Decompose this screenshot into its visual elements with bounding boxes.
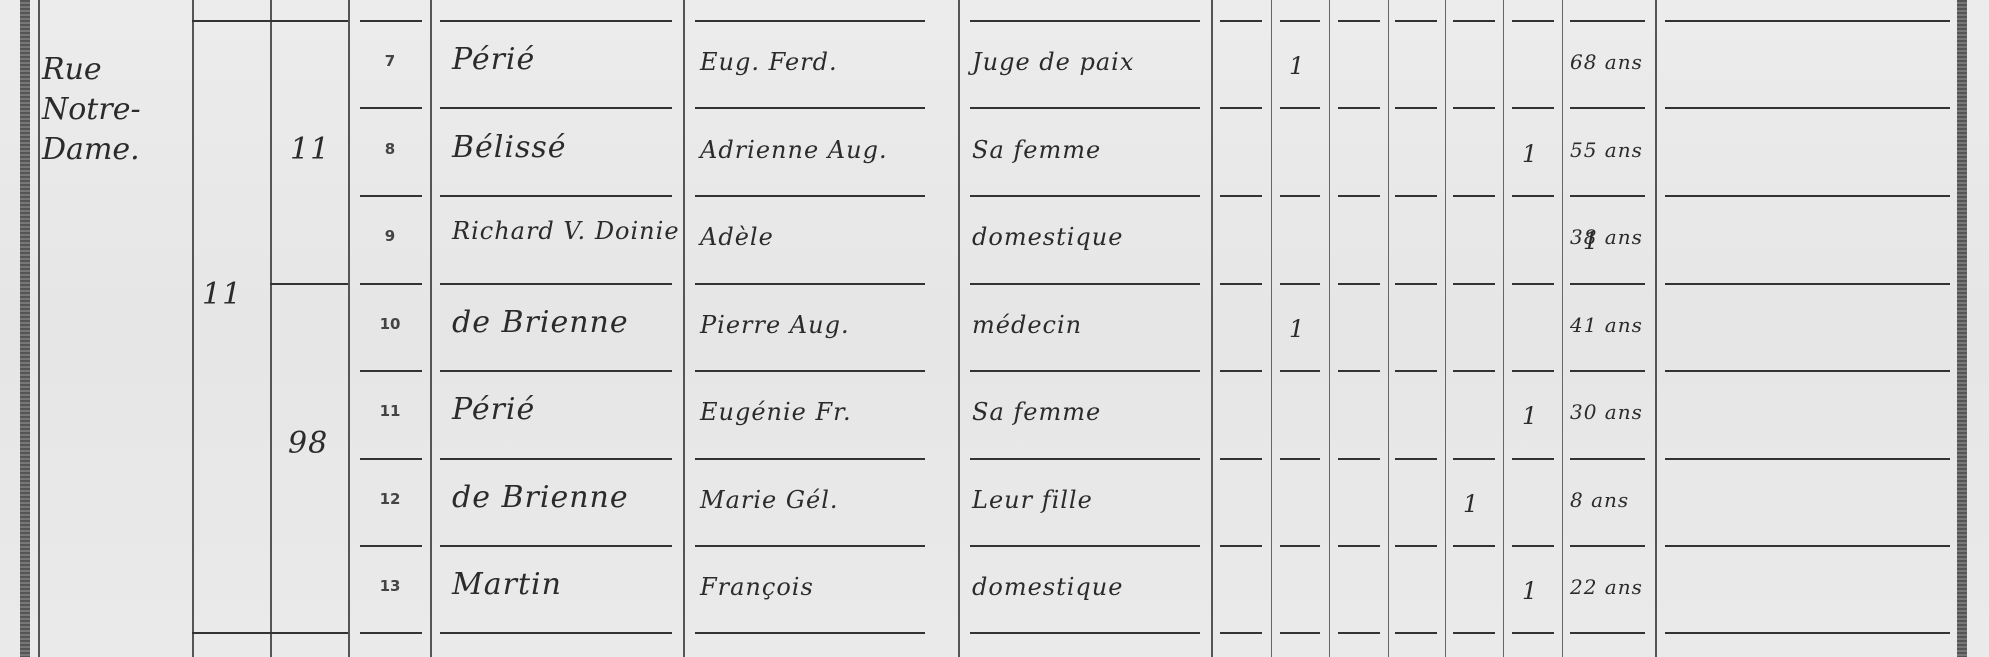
street-line: Dame. bbox=[42, 130, 141, 170]
row-rule bbox=[1570, 458, 1645, 460]
column-rule bbox=[958, 0, 960, 657]
row-rule bbox=[970, 20, 1200, 22]
given-name: Eug. Ferd. bbox=[700, 48, 838, 76]
row-rule bbox=[1665, 458, 1950, 460]
row-rule bbox=[970, 283, 1200, 285]
role: domestique bbox=[972, 223, 1123, 251]
row-rule bbox=[695, 545, 925, 547]
street-name: Rue Notre- Dame. bbox=[42, 50, 141, 170]
row-rule bbox=[1570, 370, 1645, 372]
row-rule bbox=[1453, 458, 1495, 460]
row-number: 13 bbox=[362, 577, 418, 595]
row-rule bbox=[1220, 632, 1262, 634]
block-rule bbox=[192, 20, 348, 22]
column-rule bbox=[1562, 0, 1563, 657]
age: 8 ans bbox=[1570, 488, 1629, 512]
tally-mark: 1 bbox=[1289, 315, 1305, 343]
role: Leur fille bbox=[972, 486, 1093, 514]
surname: Richard V. Doinie bbox=[452, 217, 680, 245]
row-number: 7 bbox=[362, 52, 418, 70]
surname: Périé bbox=[452, 392, 535, 427]
row-rule bbox=[440, 107, 672, 109]
column-rule bbox=[430, 0, 432, 657]
row-rule bbox=[1665, 20, 1950, 22]
row-rule bbox=[1338, 632, 1380, 634]
role: Sa femme bbox=[972, 398, 1101, 426]
surname: Périé bbox=[452, 42, 535, 77]
row-rule bbox=[360, 107, 422, 109]
row-rule bbox=[1512, 195, 1554, 197]
role: Juge de paix bbox=[972, 48, 1134, 76]
row-rule bbox=[695, 20, 925, 22]
row-rule bbox=[695, 370, 925, 372]
row-rule bbox=[1665, 370, 1950, 372]
surname: Martin bbox=[452, 567, 562, 602]
row-rule bbox=[1280, 545, 1320, 547]
row-rule bbox=[1665, 283, 1950, 285]
right-page-border bbox=[1957, 0, 1967, 657]
row-rule bbox=[360, 458, 422, 460]
row-number: 10 bbox=[362, 315, 418, 333]
row-rule bbox=[1512, 458, 1554, 460]
role: médecin bbox=[972, 311, 1082, 339]
surname: de Brienne bbox=[452, 305, 629, 340]
row-rule bbox=[1395, 545, 1437, 547]
row-rule bbox=[1395, 20, 1437, 22]
row-rule bbox=[1570, 632, 1645, 634]
row-rule bbox=[440, 545, 672, 547]
house-number: 11 bbox=[290, 132, 330, 167]
row-rule bbox=[1395, 458, 1437, 460]
row-rule bbox=[695, 458, 925, 460]
row-rule bbox=[1280, 195, 1320, 197]
row-rule bbox=[1280, 632, 1320, 634]
row-rule bbox=[1338, 20, 1380, 22]
row-rule bbox=[440, 632, 672, 634]
row-rule bbox=[1338, 107, 1380, 109]
row-rule bbox=[970, 632, 1200, 634]
street-line: Notre- bbox=[42, 90, 141, 130]
column-rule bbox=[270, 0, 272, 657]
row-rule bbox=[360, 20, 422, 22]
row-rule bbox=[1665, 195, 1950, 197]
row-rule bbox=[695, 195, 925, 197]
block-rule bbox=[192, 632, 348, 634]
age: 38 ans bbox=[1570, 225, 1643, 249]
row-rule bbox=[1280, 20, 1320, 22]
tally-mark: 1 bbox=[1522, 140, 1538, 168]
age: 68 ans bbox=[1570, 50, 1643, 74]
tally-mark: 1 bbox=[1522, 402, 1538, 430]
row-rule bbox=[1665, 107, 1950, 109]
street-line: Rue bbox=[42, 50, 141, 90]
row-rule bbox=[360, 283, 422, 285]
given-name: François bbox=[700, 573, 814, 601]
section-number: 11 bbox=[202, 277, 242, 312]
census-page: Rue Notre- Dame. 11 11 98 7PériéEug. Fer… bbox=[0, 0, 1989, 657]
row-rule bbox=[1453, 283, 1495, 285]
row-rule bbox=[1280, 107, 1320, 109]
row-rule bbox=[360, 195, 422, 197]
role: Sa femme bbox=[972, 136, 1101, 164]
column-rule bbox=[38, 0, 40, 657]
row-rule bbox=[1512, 370, 1554, 372]
row-rule bbox=[1453, 545, 1495, 547]
row-number: 11 bbox=[362, 402, 418, 420]
row-rule bbox=[1338, 283, 1380, 285]
house-number: 98 bbox=[288, 426, 328, 461]
row-rule bbox=[1220, 458, 1262, 460]
role: domestique bbox=[972, 573, 1123, 601]
row-rule bbox=[1570, 107, 1645, 109]
row-rule bbox=[1220, 107, 1262, 109]
row-rule bbox=[695, 107, 925, 109]
row-rule bbox=[1570, 545, 1645, 547]
row-rule bbox=[1453, 370, 1495, 372]
row-number: 8 bbox=[362, 140, 418, 158]
column-rule bbox=[1388, 0, 1389, 657]
row-rule bbox=[970, 458, 1200, 460]
row-rule bbox=[1395, 370, 1437, 372]
row-rule bbox=[1395, 107, 1437, 109]
row-rule bbox=[1338, 370, 1380, 372]
column-rule bbox=[1329, 0, 1330, 657]
block-rule bbox=[270, 283, 348, 285]
row-rule bbox=[1395, 195, 1437, 197]
row-rule bbox=[1453, 107, 1495, 109]
row-rule bbox=[440, 283, 672, 285]
row-rule bbox=[1220, 545, 1262, 547]
given-name: Pierre Aug. bbox=[700, 311, 850, 339]
surname: de Brienne bbox=[452, 480, 629, 515]
column-rule bbox=[1271, 0, 1272, 657]
row-rule bbox=[1338, 195, 1380, 197]
row-number: 9 bbox=[362, 227, 418, 245]
row-rule bbox=[1280, 370, 1320, 372]
column-rule bbox=[1211, 0, 1213, 657]
row-rule bbox=[1220, 20, 1262, 22]
row-rule bbox=[1570, 283, 1645, 285]
column-rule bbox=[348, 0, 350, 657]
row-rule bbox=[1395, 283, 1437, 285]
row-rule bbox=[1512, 283, 1554, 285]
row-rule bbox=[970, 107, 1200, 109]
column-rule bbox=[1445, 0, 1446, 657]
column-rule bbox=[683, 0, 685, 657]
row-rule bbox=[440, 20, 672, 22]
row-rule bbox=[695, 632, 925, 634]
row-rule bbox=[1280, 283, 1320, 285]
row-rule bbox=[1512, 107, 1554, 109]
age: 30 ans bbox=[1570, 400, 1643, 424]
row-rule bbox=[1512, 632, 1554, 634]
row-rule bbox=[360, 370, 422, 372]
left-page-border bbox=[20, 0, 30, 657]
tally-mark: 1 bbox=[1463, 490, 1479, 518]
row-rule bbox=[1220, 370, 1262, 372]
row-rule bbox=[1665, 545, 1950, 547]
row-rule bbox=[440, 458, 672, 460]
row-rule bbox=[1280, 458, 1320, 460]
row-rule bbox=[1453, 20, 1495, 22]
given-name: Adèle bbox=[700, 223, 774, 251]
row-rule bbox=[1395, 632, 1437, 634]
row-rule bbox=[440, 195, 672, 197]
row-rule bbox=[1512, 20, 1554, 22]
surname: Bélissé bbox=[452, 130, 567, 165]
column-rule bbox=[192, 0, 194, 657]
row-rule bbox=[970, 195, 1200, 197]
age: 41 ans bbox=[1570, 313, 1643, 337]
row-rule bbox=[970, 545, 1200, 547]
row-rule bbox=[1338, 458, 1380, 460]
row-rule bbox=[1453, 195, 1495, 197]
row-rule bbox=[1338, 545, 1380, 547]
given-name: Marie Gél. bbox=[700, 486, 839, 514]
row-rule bbox=[970, 370, 1200, 372]
tally-mark: 1 bbox=[1289, 52, 1305, 80]
row-rule bbox=[695, 283, 925, 285]
age: 55 ans bbox=[1570, 138, 1643, 162]
row-rule bbox=[1220, 195, 1262, 197]
given-name: Eugénie Fr. bbox=[700, 398, 852, 426]
tally-mark: 1 bbox=[1522, 577, 1538, 605]
row-rule bbox=[1220, 283, 1262, 285]
column-rule bbox=[1655, 0, 1657, 657]
row-rule bbox=[1453, 632, 1495, 634]
row-rule bbox=[1570, 20, 1645, 22]
row-rule bbox=[1512, 545, 1554, 547]
row-rule bbox=[1665, 632, 1950, 634]
row-rule bbox=[360, 545, 422, 547]
row-number: 12 bbox=[362, 490, 418, 508]
age: 22 ans bbox=[1570, 575, 1643, 599]
row-rule bbox=[360, 632, 422, 634]
row-rule bbox=[440, 370, 672, 372]
row-rule bbox=[1570, 195, 1645, 197]
column-rule bbox=[1503, 0, 1504, 657]
given-name: Adrienne Aug. bbox=[700, 136, 888, 164]
